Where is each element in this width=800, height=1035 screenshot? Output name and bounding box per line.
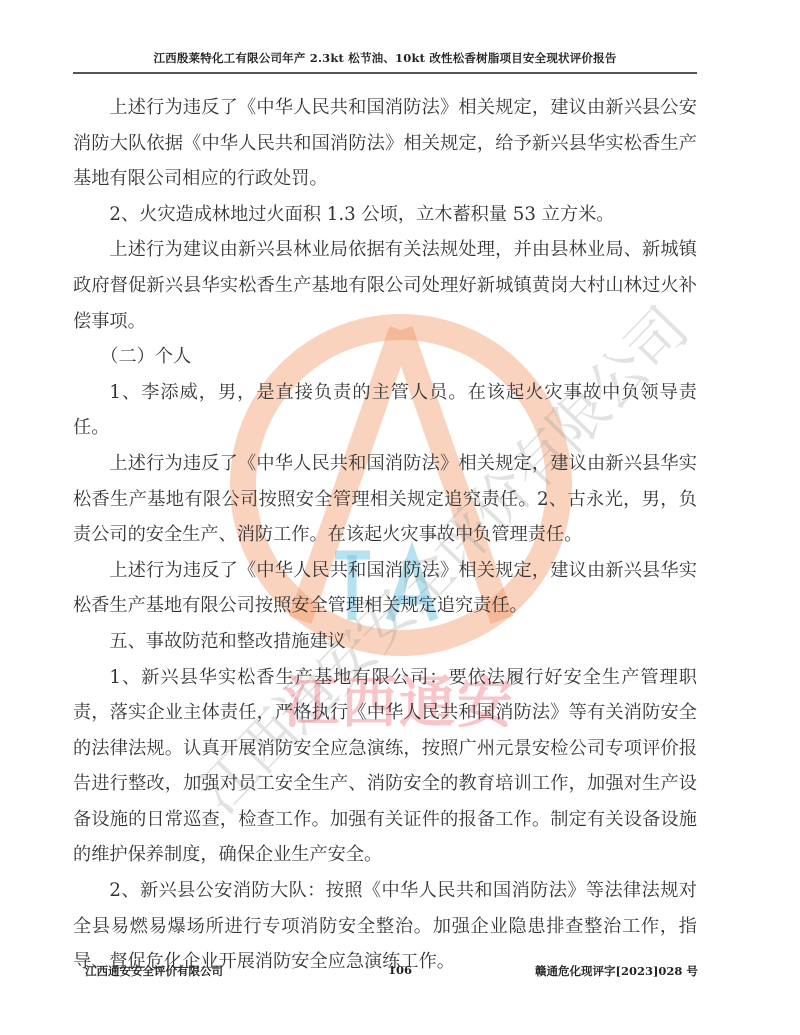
paragraph: 2、新兴县公安消防大队：按照《中华人民共和国消防法》等法律法规对全县易燃易爆场所… (73, 873, 697, 980)
paragraph: 上述行为违反了《中华人民共和国消防法》相关规定，建议由新兴县华实松香生产基地有限… (73, 446, 697, 553)
paragraph: 上述行为违反了《中华人民共和国消防法》相关规定，建议由新兴县公安消防大队依据《中… (73, 90, 697, 197)
paragraph: 2、火灾造成林地过火面积 1.3 公顷，立木蓄积量 53 立方米。 (73, 197, 697, 233)
document-body: 上述行为违反了《中华人民共和国消防法》相关规定，建议由新兴县公安消防大队依据《中… (73, 90, 697, 980)
paragraph: 1、李添威，男，是直接负责的主管人员。在该起火灾事故中负领导责任。 (73, 375, 697, 446)
document-page: 江西通安安全评价有限公司 江西通安 江西殷莱特化工有限公司年产 2.3kt 松节… (0, 0, 800, 1035)
paragraph: 上述行为建议由新兴县林业局依据有关法规处理，并由县林业局、新城镇政府督促新兴县华… (73, 232, 697, 339)
paragraph: 1、新兴县华实松香生产基地有限公司：要依法履行好安全生产管理职责，落实企业主体责… (73, 660, 697, 874)
header-divider (73, 72, 697, 74)
running-header: 江西殷莱特化工有限公司年产 2.3kt 松节油、10kt 改性松香树脂项目安全现… (73, 50, 697, 66)
section-heading: 五、事故防范和整改措施建议 (73, 624, 697, 660)
paragraph: 上述行为违反了《中华人民共和国消防法》相关规定，建议由新兴县华实松香生产基地有限… (73, 553, 697, 624)
section-heading: （二）个人 (73, 339, 697, 375)
